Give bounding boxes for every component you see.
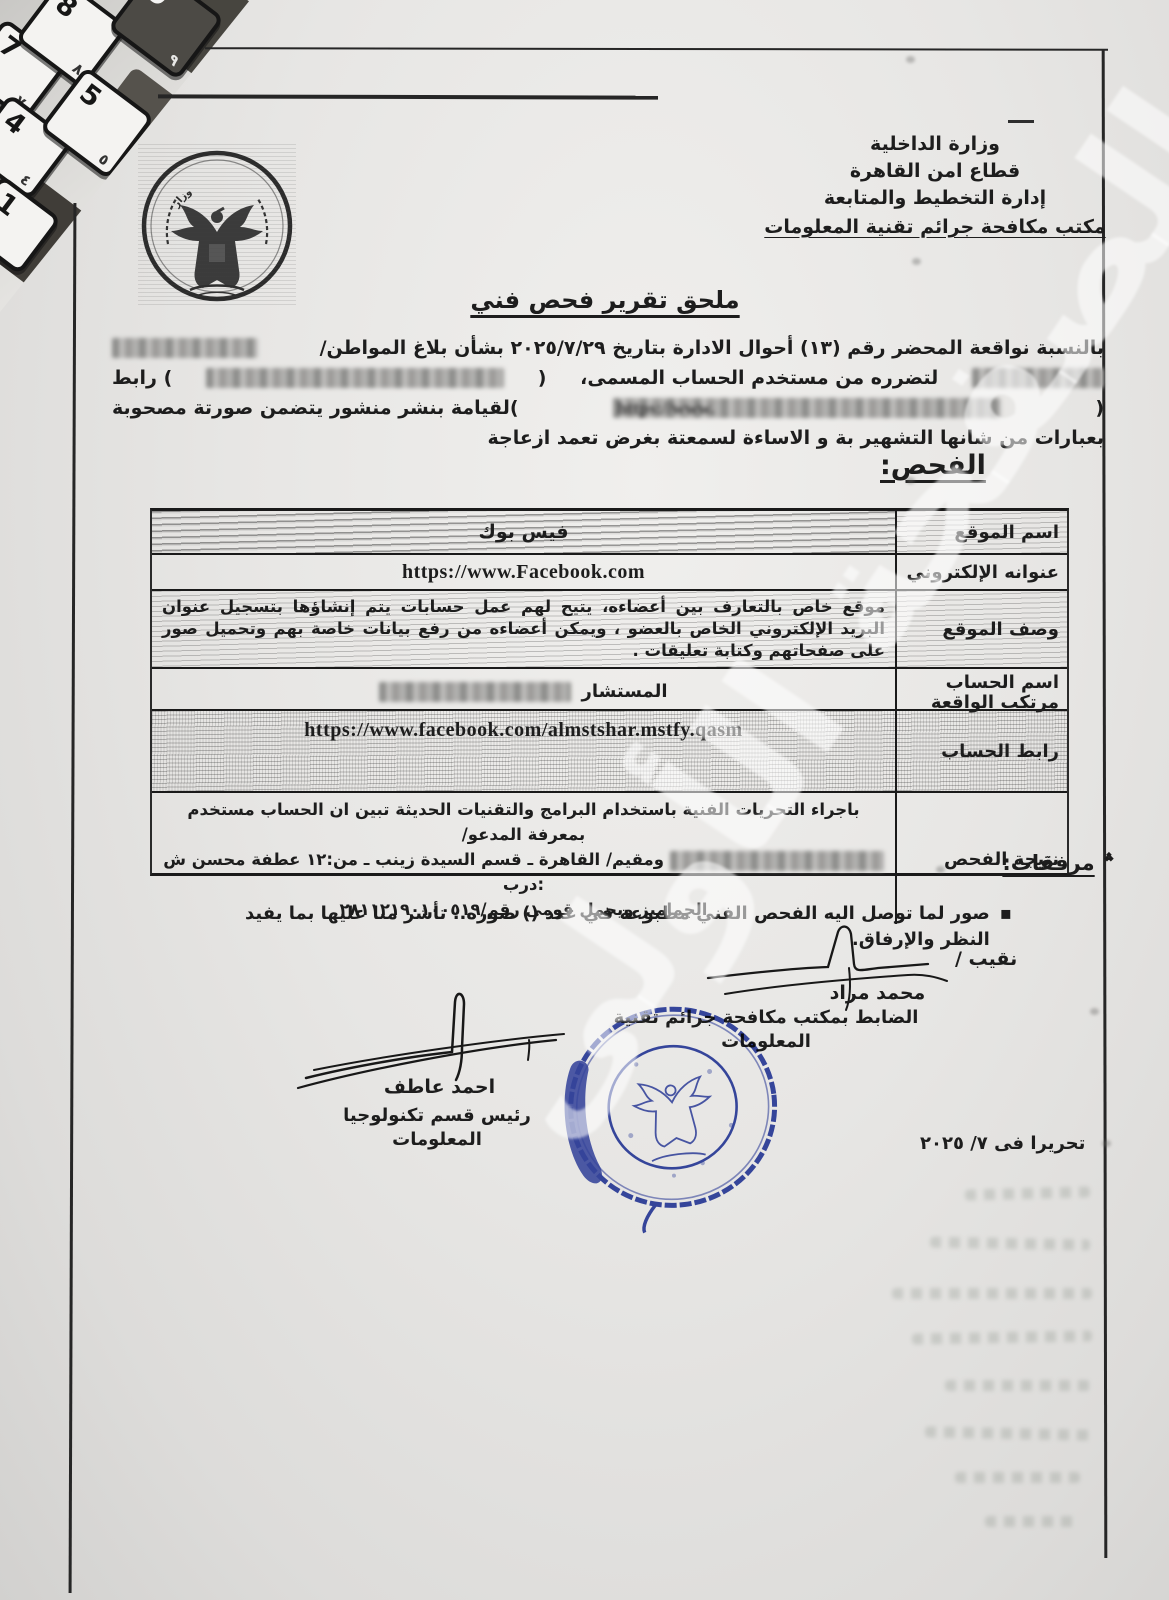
redacted-account-name [206,368,504,388]
examination-table: اسم الموقع فيس بوك عنوانه الإلكتروني htt… [150,508,1069,876]
margin-speck [906,56,915,63]
frame-top-line [205,47,1108,51]
redacted-link-hint: https://www. [613,398,1001,418]
header-dash-mark [1008,120,1034,123]
table-row-result: نتيجة الفحص باجراء التحريات الفنية باستخ… [152,793,1067,873]
intro-line-2: لتضرره من مستخدم الحساب المسمى، ( ) رابط [112,363,1104,393]
redacted-citizen-name [112,338,258,358]
svg-text:وزارة الداخلية: وزارة الداخلية [138,144,194,210]
redacted-account-holder [379,682,571,702]
signer-name-right: محمد مراد [815,982,940,1004]
ghost-handwriting [912,1330,1092,1344]
label-text: رابط الحساب [941,741,1059,763]
table-row-site-url: عنوانه الإلكتروني https://www.Facebook.c… [152,555,1067,591]
intro-line-4: بعبارات من شانها التشهير بة و الاساءة لس… [112,423,1104,453]
ghost-handwriting [965,1186,1090,1200]
intro-text: بالنسبة نواقعة المحضر رقم (١٣) أحوال الا… [320,337,1104,359]
key-arabic: ٩ [165,50,183,70]
letterhead: وزارة الداخلية قطاع امن القاهرة إدارة ال… [760,131,1110,241]
label-text: اسم الموقع [954,522,1059,544]
officer-rank: نقيب / [955,948,1065,970]
key-latin: 1 [0,187,23,223]
label-site-url: عنوانه الإلكتروني [895,555,1067,589]
signer-title-left: رئيس قسم تكنولوجيا المعلومات [312,1104,562,1152]
label-site-desc: وصف الموقع [895,591,1067,667]
ghost-handwriting [945,1380,1090,1391]
open-paren: ( [538,367,547,389]
intro-text: لتضرره من مستخدم الحساب المسمى، [580,367,938,389]
ministry-line: وزارة الداخلية [760,131,1110,158]
ministry-eagle-emblem: وزارة الداخلية [138,144,296,308]
value-account-name: المستشار [152,669,895,715]
frame-left-border [69,203,77,1593]
open-paren: ( [1095,397,1104,419]
value-text: فيس بوك [478,521,568,543]
key-latin: 5 [73,78,107,114]
intro-text: بعبارات من شانها التشهير بة و الاساءة لس… [488,427,1104,449]
administration-line: إدارة التخطيط والمتابعة [760,185,1110,212]
value-site-desc: موقع خاص بالتعارف بين أعضاءه، يتيح لهم ع… [152,591,895,667]
intro-text: )لقيامة بنشر منشور يتضمن صورتة مصحوبة [112,397,519,419]
margin-speck [912,258,921,265]
document-title: ملحق تقرير فحص فني [455,286,755,314]
ghost-handwriting [925,1426,1090,1440]
ghost-handwriting [955,1472,1080,1483]
frame-top-line-2 [158,94,658,99]
section-mark-icon: ؞ [1103,851,1115,875]
attachments-heading-text: مرفقات: [1002,851,1094,875]
result-text-2: ومقيم/ القاهرة ـ قسم السيدة زينب ـ من:١٢… [163,850,664,894]
redacted-account-link: https://www. [613,398,1001,418]
key-arabic: ٥ [95,150,113,170]
attachments-heading: ؞ مرفقات: [975,851,1115,875]
redacted-suspect-name [670,851,884,871]
site-url-text: https://www.Facebook.com [402,561,645,583]
table-row-account-link: رابط الحساب https://www.facebook.com/alm… [152,711,1067,793]
value-site-name: فيس بوك [152,511,895,553]
ghost-handwriting [930,1237,1090,1251]
ghost-handwriting [985,1516,1080,1527]
sector-line: قطاع امن القاهرة [760,158,1110,185]
table-row-account-name: اسم الحساب مرتكب الواقعة المستشار [152,669,1067,711]
label-account-link: رابط الحساب [895,711,1067,791]
official-blue-stamp: النيابة العامة ٭ وزارة العدل ٭ النيابة ا… [532,975,817,1245]
redacted-citizen-name-2 [972,368,1104,388]
date-line: تحريرا فى ٧/ ٢٠٢٥ [920,1133,1110,1154]
table-row-site-name: اسم الموقع فيس بوك [152,511,1067,555]
intro-line-1: بالنسبة نواقعة المحضر رقم (١٣) أحوال الا… [112,333,1104,363]
margin-speck [936,866,945,873]
key-latin: 9 [142,0,176,13]
office-line: مكتب مكافحة جرائم تقنية المعلومات [760,214,1110,241]
result-text-1: باجراء التحريات الفنية باستخدام البرامج … [187,800,859,844]
keypad-key-9: 9 ٩ [107,0,224,81]
intro-line-3: ( https://www. )لقيامة بنشر منشور يتضمن … [112,393,1104,423]
label-site-name: اسم الموقع [895,511,1067,553]
ghost-handwriting [892,1288,1092,1299]
value-site-url: https://www.Facebook.com [152,555,895,589]
close-paren: ) رابط [112,367,172,389]
margin-speck [906,477,915,484]
key-latin: 8 [49,0,83,25]
label-text: عنوانه الإلكتروني [906,562,1059,584]
frame-right-border [1102,50,1108,1558]
label-account-name: اسم الحساب مرتكب الواقعة [895,669,1067,715]
account-name-text: المستشار [581,681,667,703]
bullet-icon: ▪ [1000,901,1012,953]
scanned-document-page: الصفحة الأولى 7 ٧ 8 ٨ 9 ٩ 4 ٤ 5 ٥ 1 [0,0,1169,1600]
site-desc-text: موقع خاص بالتعارف بين أعضاءه، يتيح لهم ع… [162,596,885,662]
margin-speck [1102,1140,1111,1147]
label-text: اسم الحساب مرتكب الواقعة [901,673,1059,713]
account-link-text: https://www.facebook.com/almstshar.mstfy… [304,719,742,741]
signer-name-left: احمد عاطف [372,1076,507,1098]
key-latin: 4 [0,105,31,141]
intro-paragraph: بالنسبة نواقعة المحضر رقم (١٣) أحوال الا… [112,333,1104,453]
table-row-site-desc: وصف الموقع موقع خاص بالتعارف بين أعضاءه،… [152,591,1067,669]
value-account-link: https://www.facebook.com/almstshar.mstfy… [152,711,895,791]
label-text: وصف الموقع [942,619,1059,641]
margin-speck [1090,1008,1099,1015]
